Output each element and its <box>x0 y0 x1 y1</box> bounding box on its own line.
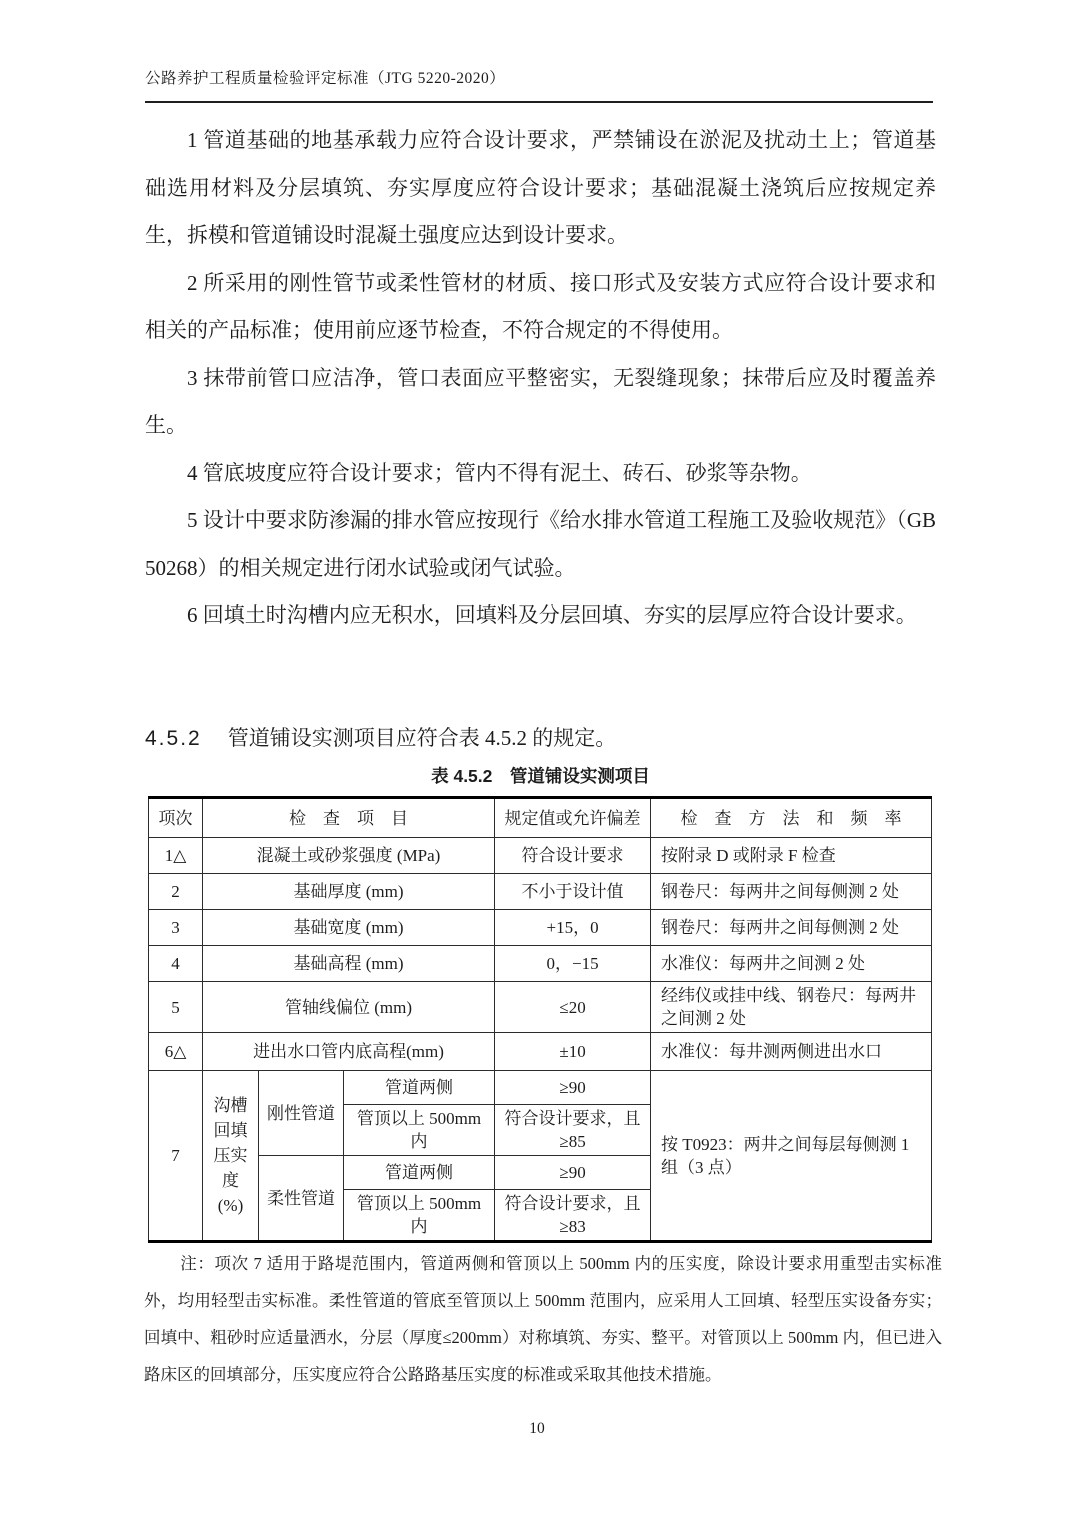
table-row: 5 管轴线偏位 (mm) ≤20 经纬仪或挂中线、钢卷尺：每两井之间测 2 处 <box>149 982 932 1033</box>
cell-tolerance: 0，−15 <box>495 946 651 982</box>
table-row: 2 基础厚度 (mm) 不小于设计值 钢卷尺：每两井之间每侧测 2 处 <box>149 874 932 910</box>
cell-tolerance: 符合设计要求 <box>495 838 651 874</box>
table-title: 表 4.5.2 管道铺设实测项目 <box>145 763 936 788</box>
header-cell-index: 项次 <box>149 798 203 838</box>
cell-tolerance: ≥90 <box>495 1156 651 1190</box>
clause-paragraph: 4 管底坡度应符合设计要求；管内不得有泥土、砖石、砂浆等杂物。 <box>145 450 936 498</box>
cell-index: 6△ <box>149 1033 203 1071</box>
cell-method: 按附录 D 或附录 F 检查 <box>651 838 932 874</box>
section-text: 管道铺设实测项目应符合表 4.5.2 的规定。 <box>228 726 617 750</box>
cell-subitem: 管顶以上 500mm 内 <box>344 1190 495 1242</box>
header-cell-item: 检查项目 <box>203 798 495 838</box>
cell-subitem: 管顶以上 500mm 内 <box>344 1105 495 1156</box>
cell-item: 基础厚度 (mm) <box>203 874 495 910</box>
cell-item: 基础宽度 (mm) <box>203 910 495 946</box>
cell-item: 基础高程 (mm) <box>203 946 495 982</box>
cell-tolerance: 符合设计要求，且 ≥85 <box>495 1105 651 1156</box>
table-note: 注：项次 7 适用于路堤范围内，管道两侧和管顶以上 500mm 内的压实度，除设… <box>144 1245 942 1393</box>
clause-paragraph: 5 设计中要求防渗漏的排水管应按现行《给水排水管道工程施工及验收规范》（GB 5… <box>145 497 936 592</box>
cell-group-label: 沟槽 回填 压实 度 (%) <box>203 1071 259 1242</box>
running-header: 公路养护工程质量检验评定标准（JTG 5220-2020） <box>145 66 933 103</box>
header-cell-method: 检查方法和频率 <box>651 798 932 838</box>
cell-tolerance: 不小于设计值 <box>495 874 651 910</box>
cell-tolerance: +15，0 <box>495 910 651 946</box>
body-clauses: 1 管道基础的地基承载力应符合设计要求，严禁铺设在淤泥及扰动土上；管道基础选用材… <box>145 117 936 640</box>
cell-pipe-type: 刚性管道 <box>259 1071 344 1156</box>
cell-tolerance: 符合设计要求，且 ≥83 <box>495 1190 651 1242</box>
table-row: 3 基础宽度 (mm) +15，0 钢卷尺：每两井之间每侧测 2 处 <box>149 910 932 946</box>
clause-paragraph: 1 管道基础的地基承载力应符合设计要求，严禁铺设在淤泥及扰动土上；管道基础选用材… <box>145 117 936 260</box>
table-row: 1△ 混凝土或砂浆强度 (MPa) 符合设计要求 按附录 D 或附录 F 检查 <box>149 838 932 874</box>
cell-method: 经纬仪或挂中线、钢卷尺：每两井之间测 2 处 <box>651 982 932 1033</box>
cell-method: 按 T0923：两井之间每层每侧测 1 组（3 点） <box>651 1071 932 1242</box>
cell-index: 3 <box>149 910 203 946</box>
cell-pipe-type: 柔性管道 <box>259 1156 344 1242</box>
page-number: 10 <box>0 1420 1074 1438</box>
table-row-7: 7 沟槽 回填 压实 度 (%) 刚性管道 管道两侧 ≥90 按 T0923：两… <box>149 1071 932 1105</box>
cell-method: 水准仪：每井测两侧进出水口 <box>651 1033 932 1071</box>
cell-method: 钢卷尺：每两井之间每侧测 2 处 <box>651 874 932 910</box>
clause-paragraph: 6 回填土时沟槽内应无积水，回填料及分层回填、夯实的层厚应符合设计要求。 <box>145 592 936 640</box>
cell-index: 7 <box>149 1071 203 1242</box>
document-page: 公路养护工程质量检验评定标准（JTG 5220-2020） 1 管道基础的地基承… <box>0 0 1074 1520</box>
cell-item: 混凝土或砂浆强度 (MPa) <box>203 838 495 874</box>
cell-item: 进出水口管内底高程(mm) <box>203 1033 495 1071</box>
cell-tolerance: ≤20 <box>495 982 651 1033</box>
cell-item: 管轴线偏位 (mm) <box>203 982 495 1033</box>
measurement-table: 项次 检查项目 规定值或允许偏差 检查方法和频率 1△ 混凝土或砂浆强度 (MP… <box>148 796 932 1243</box>
cell-index: 2 <box>149 874 203 910</box>
section-number: 4.5.2 <box>145 727 202 750</box>
cell-index: 1△ <box>149 838 203 874</box>
table-row: 4 基础高程 (mm) 0，−15 水准仪：每两井之间测 2 处 <box>149 946 932 982</box>
clause-paragraph: 3 抹带前管口应洁净，管口表面应平整密实，无裂缝现象；抹带后应及时覆盖养生。 <box>145 355 936 450</box>
section-heading: 4.5.2管道铺设实测项目应符合表 4.5.2 的规定。 <box>145 722 936 752</box>
cell-method: 水准仪：每两井之间测 2 处 <box>651 946 932 982</box>
table-row: 6△ 进出水口管内底高程(mm) ±10 水准仪：每井测两侧进出水口 <box>149 1033 932 1071</box>
cell-subitem: 管道两侧 <box>344 1156 495 1190</box>
cell-tolerance: ≥90 <box>495 1071 651 1105</box>
table-header-row: 项次 检查项目 规定值或允许偏差 检查方法和频率 <box>149 798 932 838</box>
header-cell-tolerance: 规定值或允许偏差 <box>495 798 651 838</box>
cell-method: 钢卷尺：每两井之间每侧测 2 处 <box>651 910 932 946</box>
cell-index: 4 <box>149 946 203 982</box>
cell-tolerance: ±10 <box>495 1033 651 1071</box>
cell-index: 5 <box>149 982 203 1033</box>
cell-subitem: 管道两侧 <box>344 1071 495 1105</box>
clause-paragraph: 2 所采用的刚性管节或柔性管材的材质、接口形式及安装方式应符合设计要求和相关的产… <box>145 260 936 355</box>
